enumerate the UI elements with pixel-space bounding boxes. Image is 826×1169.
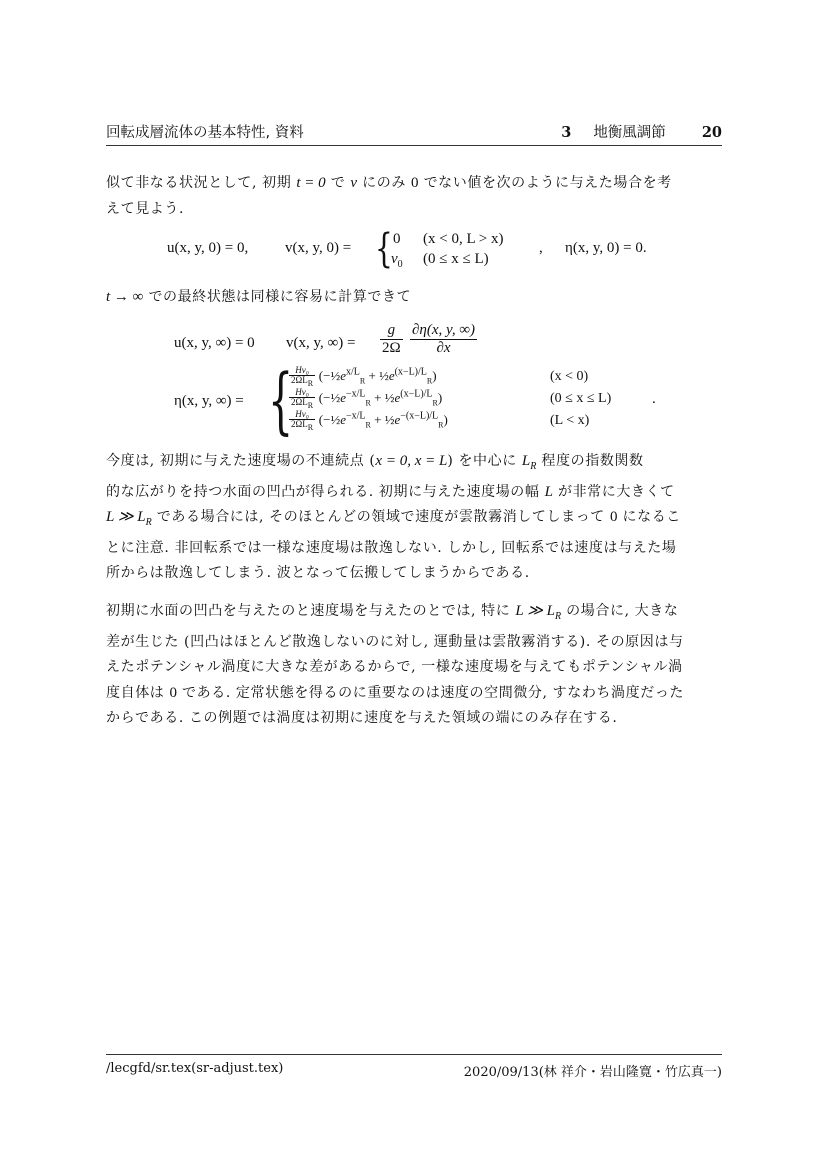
expr-half: ½	[385, 390, 395, 405]
expr-half: ½	[379, 368, 389, 383]
den-text: 2ΩL	[291, 397, 308, 407]
math-var: v	[391, 251, 398, 267]
exponent: (x−L)/L	[395, 367, 427, 378]
text-line: えて見よう.	[106, 197, 722, 223]
source-file: /lecgfd/sr.tex(sr-adjust.tex)	[106, 1061, 283, 1076]
math-var: L ≫ L	[106, 509, 146, 525]
text-run: 度自体は	[106, 685, 164, 701]
text-line: L ≫ LR である場合には, そのほとんどの領域で速度が雲散霧消してしまって …	[106, 505, 722, 536]
case-condition: (x < 0, L > x)	[423, 231, 504, 248]
text-run: である場合には, そのほとんどの領域で速度が雲散霧消してしまって	[157, 509, 605, 525]
numerator: g	[380, 322, 403, 340]
math-inline: 0	[411, 175, 419, 191]
text-run: 的な広がりを持つ水面の凹凸が得られる. 初期に与えた速度場の幅	[106, 484, 540, 500]
text-run: 似て非なる状況として, 初期	[106, 175, 291, 191]
text-run: での最終状態は同様に容易に計算できて	[148, 289, 411, 305]
case-expression: (−½ex/LR + ½e(x−L)/LR)	[319, 368, 437, 383]
text-line: 度自体は 0 である. 定常状態を得るのに重要なのは速度の空間微分, すなわち渦…	[106, 681, 722, 707]
fraction-partial-eta: ∂η(x, y, ∞) ∂x	[410, 322, 477, 357]
paragraph-final-state: t → ∞ での最終状態は同様に容易に計算できて	[106, 285, 722, 311]
text-line: とに注意. 非回転系では一様な速度場は散逸しない. しかし, 回転系では速度は与…	[106, 536, 722, 562]
eq-v-final-lhs: v(x, y, ∞) =	[286, 335, 355, 352]
expr-half: ½	[330, 412, 340, 427]
case-row: Hv₀2ΩLR (−½e−x/LR + ½e−(x−L)/LR)	[289, 410, 448, 432]
text-line: からである. この例題では渦度は初期に速度を与えた領域の端にのみ存在する.	[106, 706, 722, 732]
fraction-g-over-2omega: g 2Ω	[380, 322, 403, 357]
exponent: −(x−L)/L	[400, 411, 438, 422]
math-inline: L ≫ LR	[106, 509, 152, 525]
text-run: である. 定常状態を得るのに重要なのは速度の空間微分, すなわち渦度だった	[182, 685, 684, 701]
eq-trailing-period: .	[652, 391, 656, 408]
paragraph-discussion: 今度は, 初期に与えた速度場の不連続点 (x = 0, x = L) を中心に …	[106, 449, 722, 587]
math-sub: R	[530, 461, 536, 472]
expr-part: +	[365, 368, 379, 383]
math-inline: L ≫ LR	[515, 603, 561, 619]
den-text: 2ΩL	[291, 419, 308, 429]
text-line: 今度は, 初期に与えた速度場の不連続点 (x = 0, x = L) を中心に …	[106, 449, 722, 480]
text-run: 今度は, 初期に与えた速度場の不連続点 (	[106, 453, 375, 469]
expr-part: (−	[319, 412, 331, 427]
text-line: 差が生じた (凹凸はほとんど散逸しないのに対し, 運動量は雲散霧消する). その…	[106, 630, 722, 656]
case-condition: (x < 0)	[550, 369, 588, 385]
math-var: L ≫ L	[515, 603, 555, 619]
case-condition: (0 ≤ x ≤ L)	[550, 391, 611, 407]
numerator: ∂η(x, y, ∞)	[410, 322, 477, 340]
page-number: 20	[702, 124, 722, 141]
denominator: 2Ω	[380, 340, 403, 357]
eq-eta: η(x, y, 0) = 0.	[565, 240, 647, 257]
case-expression: (−½e−x/LR + ½e−(x−L)/LR)	[319, 412, 448, 427]
math-inline: v	[350, 175, 357, 191]
case-row: Hv₀2ΩLR (−½ex/LR + ½e(x−L)/LR)	[289, 366, 437, 388]
eq-eta-lhs: η(x, y, ∞) =	[174, 393, 244, 410]
date-authors: 2020/09/13(林 祥介・岩山隆寛・竹広真一)	[464, 1061, 722, 1080]
case-expression: (−½e−x/LR + ½e(x−L)/LR)	[319, 390, 442, 405]
math-inline: LR	[522, 453, 536, 469]
expr-half: ½	[330, 368, 340, 383]
exponent: −x/L	[346, 389, 366, 400]
math-inline: 0	[610, 509, 618, 525]
document-page: 回転成層流体の基本特性, 資料 3地衡風調節20 似て非なる状況として, 初期 …	[0, 0, 826, 1169]
section-number: 3	[561, 124, 571, 141]
expr-part: (−	[319, 390, 331, 405]
math-sub: R	[146, 517, 152, 528]
math-inline: L	[545, 484, 553, 500]
case-value: 0	[393, 231, 401, 248]
text-line: えたポテンシャル渦度に大きな差があるからで, 一様な速度場を与えてもポテンシャル…	[106, 655, 722, 681]
eq-comma: ,	[539, 240, 543, 257]
case-condition: (0 ≤ x ≤ L)	[423, 251, 489, 268]
exponent: x/L	[346, 367, 360, 378]
text-line: t → ∞ での最終状態は同様に容易に計算できて	[106, 285, 722, 311]
text-run: で	[331, 175, 346, 191]
section-info: 3地衡風調節20	[561, 121, 722, 142]
paragraph-comparison: 初期に水面の凹凸を与えたのと速度場を与えたのとでは, 特に L ≫ LR の場合…	[106, 599, 722, 732]
text-line: 似て非なる状況として, 初期 t = 0 で v にのみ 0 でない値を次のよう…	[106, 171, 722, 197]
coefficient-fraction: Hv₀2ΩLR	[289, 388, 315, 410]
expr-part: )	[438, 390, 442, 405]
text-run: が非常に大きくて	[558, 484, 675, 500]
exponent: −x/L	[346, 411, 366, 422]
text-line: 初期に水面の凹凸を与えたのと速度場を与えたのとでは, 特に L ≫ LR の場合…	[106, 599, 722, 630]
math-var: L	[522, 453, 530, 469]
math-inline: t = 0	[296, 175, 325, 191]
text-line: 的な広がりを持つ水面の凹凸が得られる. 初期に与えた速度場の幅 L が非常に大き…	[106, 480, 722, 506]
expr-part: (−	[319, 368, 331, 383]
case-value: v0	[391, 251, 403, 270]
document-title: 回転成層流体の基本特性, 資料	[106, 121, 304, 142]
coefficient-fraction: Hv₀2ΩLR	[289, 366, 315, 388]
case-condition: (L < x)	[550, 413, 589, 429]
den-text: 2ΩL	[291, 375, 308, 385]
text-run: 初期に水面の凹凸を与えたのと速度場を与えたのとでは, 特に	[106, 603, 510, 619]
header-rule	[106, 145, 722, 146]
expr-part: )	[432, 368, 436, 383]
den-sub: R	[308, 423, 313, 432]
math-inline: 0	[169, 685, 177, 701]
section-title: 地衡風調節	[593, 125, 666, 141]
eq-u-final: u(x, y, ∞) = 0	[174, 335, 255, 352]
paragraph-intro: 似て非なる状況として, 初期 t = 0 で v にのみ 0 でない値を次のよう…	[106, 171, 722, 222]
denominator: ∂x	[410, 340, 477, 357]
eq-u: u(x, y, 0) = 0,	[167, 240, 248, 257]
math-sub: R	[555, 611, 561, 622]
expr-half: ½	[385, 412, 395, 427]
text-run: 程度の指数関数	[541, 453, 643, 469]
text-run: でない値を次のように与えた場合を考	[424, 175, 672, 191]
expr-half: ½	[330, 390, 340, 405]
coefficient-fraction: Hv₀2ΩLR	[289, 410, 315, 432]
running-header: 回転成層流体の基本特性, 資料 3地衡風調節20	[106, 121, 722, 143]
expr-part: +	[371, 390, 385, 405]
expr-part: )	[444, 412, 448, 427]
footer-rule	[106, 1054, 722, 1055]
text-run: にのみ	[362, 175, 406, 191]
case-row: Hv₀2ΩLR (−½e−x/LR + ½e(x−L)/LR)	[289, 388, 442, 410]
expr-part: +	[371, 412, 385, 427]
math-inline: x = 0, x = L	[375, 453, 447, 469]
text-run: になるこ	[623, 509, 681, 525]
text-run: の場合に, 大きな	[566, 603, 678, 619]
text-line: 所からは散逸してしまう. 波となって伝搬してしまうからである.	[106, 561, 722, 587]
denominator: 2ΩLR	[289, 420, 315, 432]
math-inline: t → ∞	[106, 289, 143, 305]
exponent: (x−L)/L	[400, 389, 432, 400]
text-run: ) を中心に	[447, 453, 517, 469]
math-sub: 0	[398, 259, 403, 270]
eq-v-lhs: v(x, y, 0) =	[285, 240, 351, 257]
